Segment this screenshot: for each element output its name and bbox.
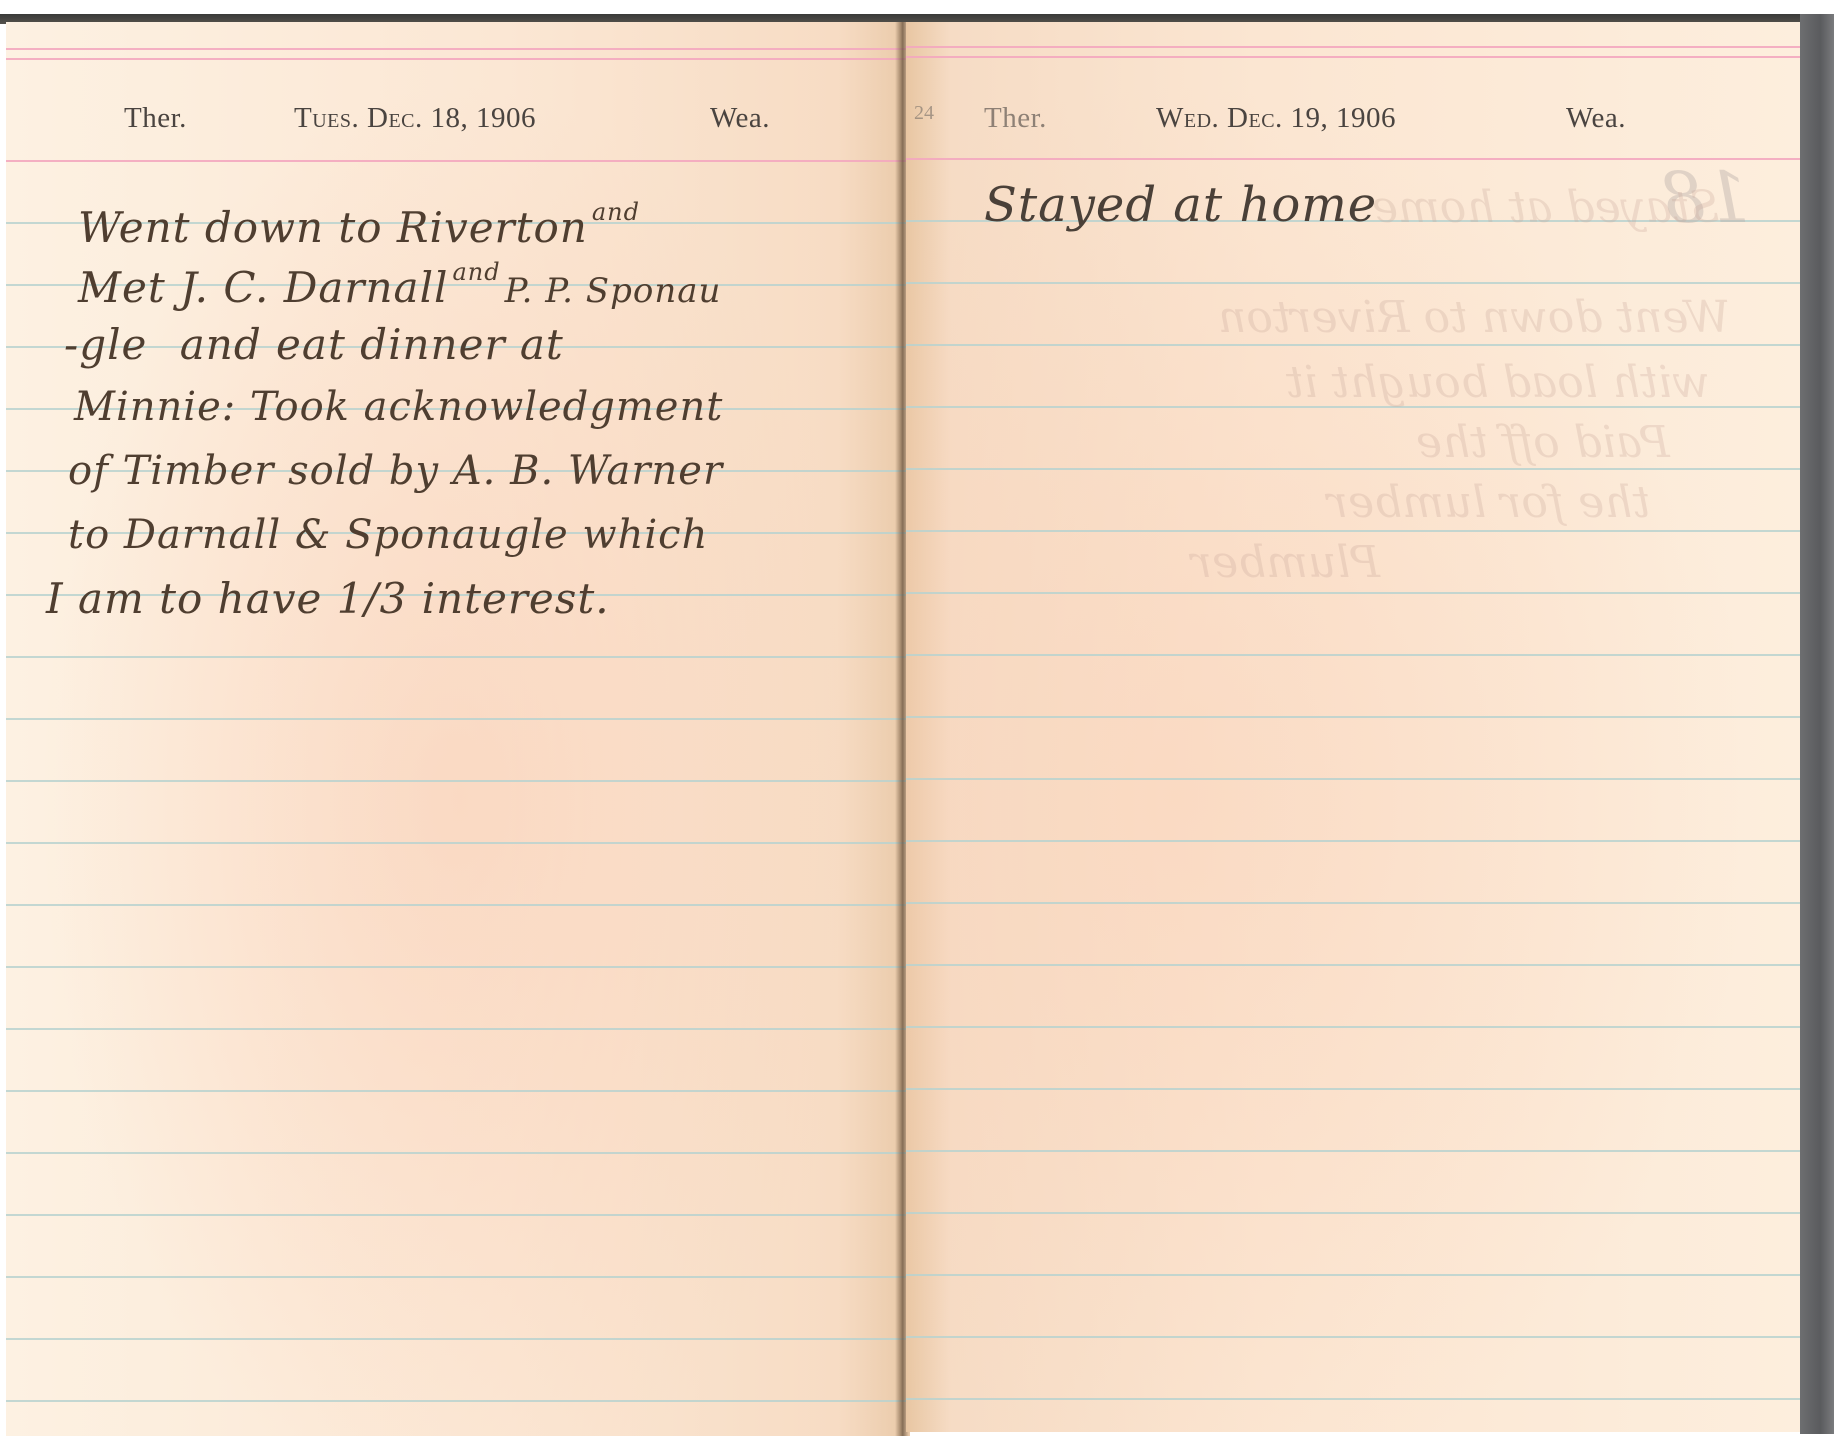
pink-double-rule-bottom [6,58,910,60]
ruled-line [6,966,910,968]
ruled-line [6,718,910,720]
entry-line: of Timber sold by A. B. Warner [68,448,723,494]
ruled-line [906,778,1800,780]
left-page-header: Ther. Tues. Dec. 18, 1906 Wea. [6,94,910,144]
ruled-line [906,654,1800,656]
left-page: Ther. Tues. Dec. 18, 1906 Wea. Went down… [6,22,910,1436]
bleed-through-text: with load bought it [1286,357,1710,408]
entry-line: -gle and eat dinner at [64,320,564,369]
pink-header-rule [6,160,910,162]
entry-line: I am to have 1/3 interest. [46,574,610,623]
ruled-line [906,716,1800,718]
right-page: 24 Ther. Wed. Dec. 19, 1906 Wea. 18 Stay… [906,22,1800,1432]
right-page-header: Ther. Wed. Dec. 19, 1906 Wea. [906,94,1800,144]
thermometer-label: Ther. [984,102,1047,135]
ruled-line [906,1026,1800,1028]
ruled-line [906,902,1800,904]
ruled-line [906,1150,1800,1152]
pink-double-rule-top [6,48,910,50]
ruled-line [906,1336,1800,1338]
entry-insertion: and [592,198,640,226]
ruled-line [906,592,1800,594]
bleed-through-text: Paid off the [1416,417,1670,468]
ruled-line [6,780,910,782]
ruled-line [6,1214,910,1216]
ruled-line [6,904,910,906]
bleed-through-text: Went down to Riverton [1218,292,1730,343]
ruled-line [6,1152,910,1154]
ruled-line [6,1400,910,1402]
ruled-line [6,842,910,844]
ruled-line [906,1274,1800,1276]
thermometer-label: Ther. [124,102,187,135]
date-heading: Wed. Dec. 19, 1906 [1156,102,1396,135]
diary-scan: Ther. Tues. Dec. 18, 1906 Wea. Went down… [0,0,1834,1443]
ruled-line [6,1090,910,1092]
bleed-through-text: the for lumber [1327,477,1650,528]
ruled-line [906,468,1800,470]
bleed-through-text: Plumber [1191,537,1380,588]
bleed-through-text: Stayed at home [1372,182,1720,233]
ruled-line [906,964,1800,966]
weather-label: Wea. [710,102,770,135]
entry-line: Went down to Rivertonand [78,198,644,252]
ruled-line [906,1088,1800,1090]
ruled-line [906,282,1800,284]
pink-double-rule-bottom [906,56,1800,58]
ruled-line [906,840,1800,842]
entry-line: Stayed at home [984,177,1377,233]
ruled-line [906,344,1800,346]
entry-insertion: and [452,258,500,286]
ruled-line [6,1028,910,1030]
entry-line: Minnie: Took acknowledgment [74,384,723,430]
ruled-line [906,1212,1800,1214]
pink-double-rule-top [906,46,1800,48]
handwritten-entry-dec-18: Went down to Rivertonand Met J. C. Darna… [68,172,908,672]
entry-line: Met J. C. DarnallandP. P. Sponau [78,258,721,312]
ruled-line [6,1276,910,1278]
ruled-line [906,1398,1800,1400]
weather-label: Wea. [1566,102,1626,135]
entry-line: to Darnall & Sponaugle which [68,512,708,558]
book-cover-edge [1800,14,1834,1434]
ruled-line [906,530,1800,532]
date-heading: Tues. Dec. 18, 1906 [294,102,536,135]
ruled-line [6,1338,910,1340]
